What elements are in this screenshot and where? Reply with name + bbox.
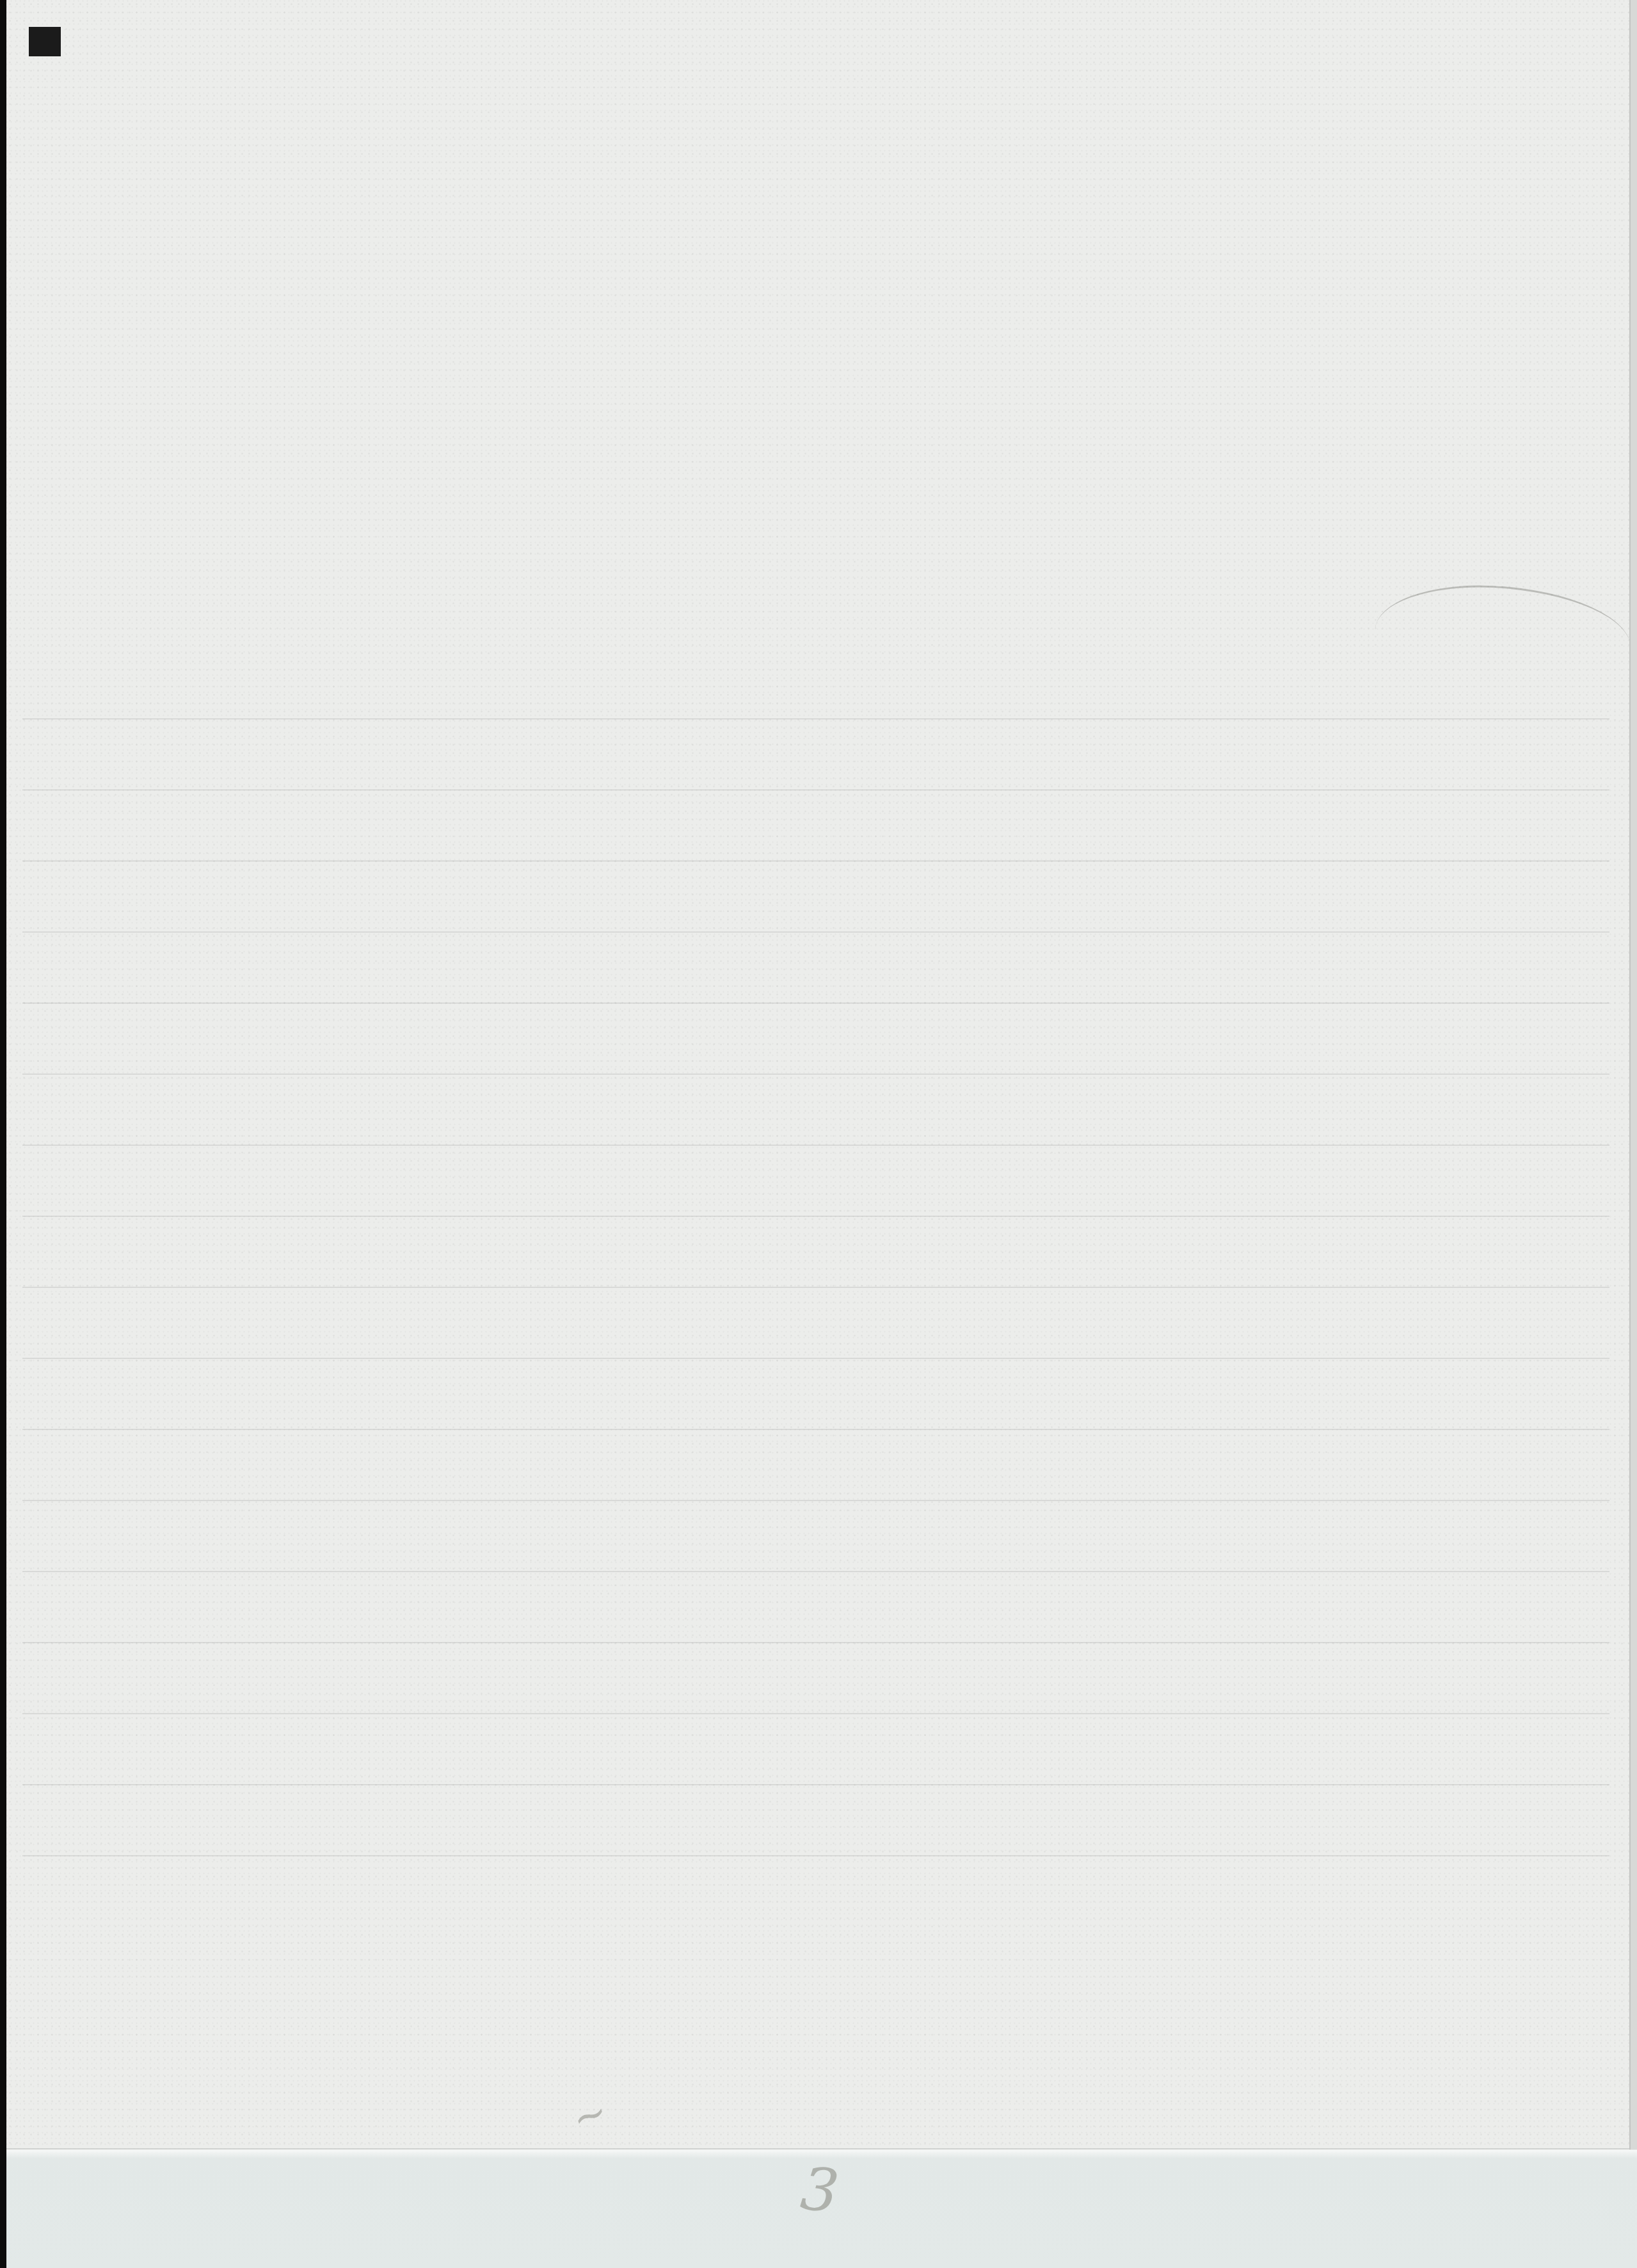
crease-smudge [1375, 580, 1633, 654]
letter-paper [6, 0, 1629, 2150]
paper-right-edge [1629, 0, 1637, 2150]
faint-ruled-lines [22, 718, 1609, 1877]
pencil-mark: 3 [798, 2154, 842, 2226]
scan-corner-mark [29, 27, 61, 56]
scan-left-edge [0, 0, 6, 2268]
scanned-letter: { "letterhead": { "officers": [ { "name"… [0, 0, 1637, 2268]
